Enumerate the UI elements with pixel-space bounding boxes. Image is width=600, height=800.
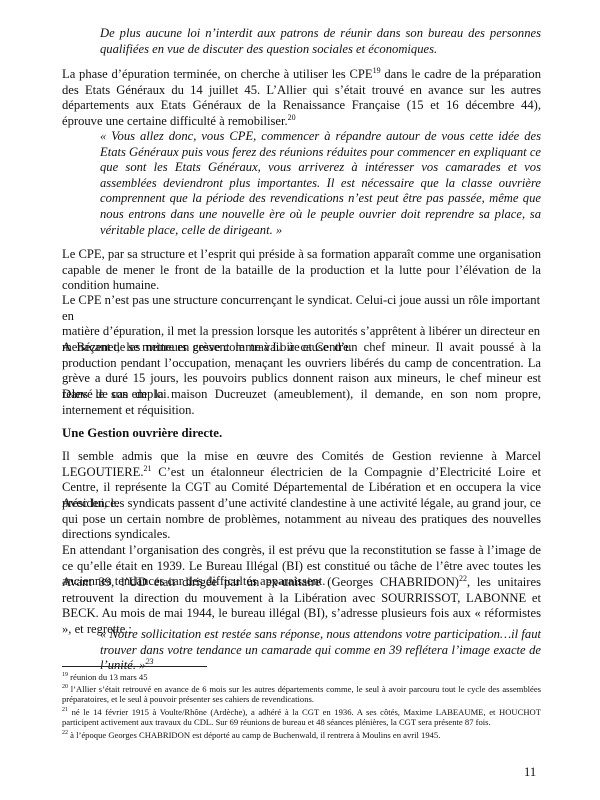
footnote-ref-20[interactable]: 20 [288, 113, 296, 122]
footnote-20: 20 l’Allier s’était retrouvé en avance d… [62, 684, 541, 705]
paragraph-syndicats: Avec lui, les syndicats passent d’une ac… [62, 496, 541, 543]
page-number: 11 [524, 765, 536, 780]
paragraph-text: Avant 39, l’UD était dirigée par un ex-u… [62, 575, 459, 589]
paragraph-cpe-structure: Le CPE, par sa structure et l’esprit qui… [62, 247, 541, 294]
footnote-ref-19[interactable]: 19 [373, 66, 381, 75]
footnote-21: 21 né le 14 février 1915 à Voulte/Rhône … [62, 707, 541, 728]
paragraph-line: matière d’épuration, il met la pression … [62, 324, 540, 338]
paragraph-text: La phase d’épuration terminée, on cherch… [62, 67, 373, 81]
footnote-text: à l’époque Georges CHABRIDON est déporté… [70, 730, 440, 740]
quote-text: De plus aucune loi n’interdit aux patron… [100, 26, 541, 56]
footnote-text: réunion du 13 mars 45 [70, 672, 147, 682]
footnote-number: 21 [62, 707, 68, 713]
paragraph-line: Le CPE n’est pas une structure concurren… [62, 293, 540, 323]
footnote-separator [62, 666, 207, 667]
footnote-text: né le 14 février 1915 à Voulte/Rhône (Ar… [62, 707, 541, 727]
footnote-text: l’Allier s’était retrouvé en avance de 6… [62, 684, 541, 704]
paragraph-epuration: La phase d’épuration terminée, on cherch… [62, 67, 541, 129]
paragraph-text: Avec lui, les syndicats passent d’une ac… [62, 496, 541, 541]
quote-etats-generaux: « Vous allez donc, vous CPE, commencer à… [100, 129, 541, 238]
section-heading: Une Gestion ouvrière directe. [62, 426, 222, 441]
quote-patrons: De plus aucune loi n’interdit aux patron… [100, 26, 541, 57]
footnote-number: 20 [62, 684, 68, 690]
paragraph-text: Le CPE, par sa structure et l’esprit qui… [62, 247, 541, 292]
footnote-number: 19 [62, 672, 68, 678]
footnote-22: 22 à l’époque Georges CHABRIDON est dépo… [62, 730, 541, 740]
paragraph-text: Dans le cas de la maison Ducreuzet (ameu… [62, 387, 541, 417]
footnote-19: 19 réunion du 13 mars 45 [62, 672, 541, 682]
footnote-number: 22 [62, 730, 68, 736]
footnote-ref-21[interactable]: 21 [144, 463, 152, 472]
footnote-ref-23[interactable]: 23 [145, 657, 153, 666]
quote-text: « Vous allez donc, vous CPE, commencer à… [100, 129, 541, 237]
paragraph-ducreuzet: Dans le cas de la maison Ducreuzet (ameu… [62, 387, 541, 418]
footnote-ref-22[interactable]: 22 [459, 574, 467, 583]
